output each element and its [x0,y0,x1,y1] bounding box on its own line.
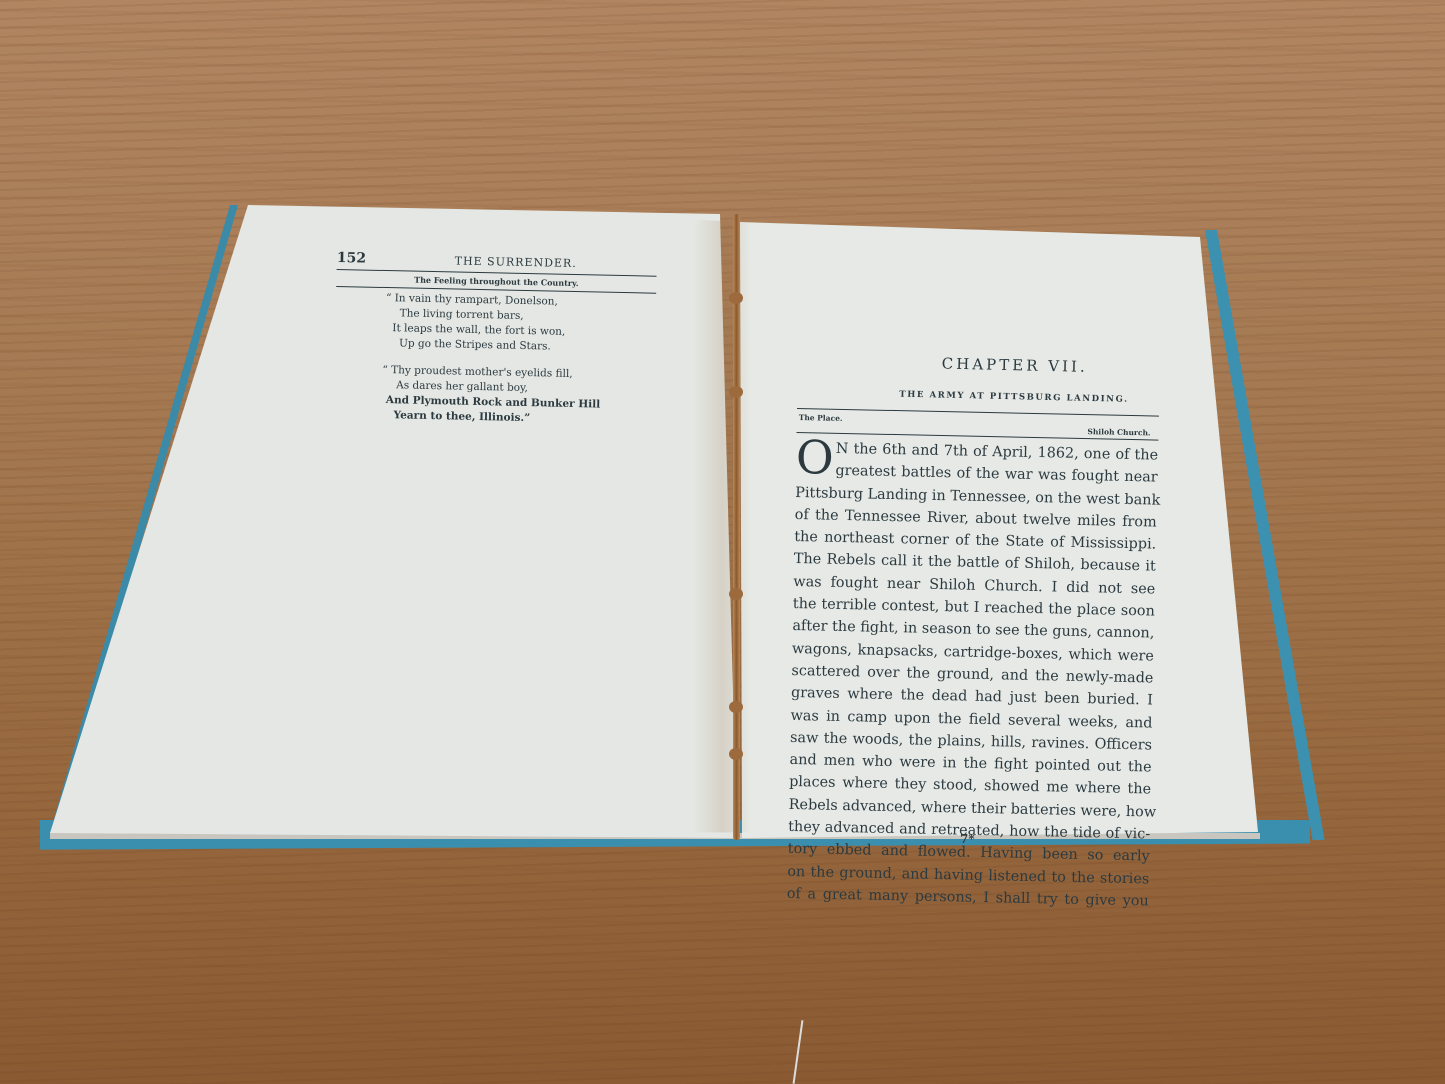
sidenote-right: Shiloh Church. [1087,427,1150,437]
signature-mark: 7* [960,832,975,846]
running-head-title: THE SURRENDER. [455,254,577,270]
chapter-heading-block: CHAPTER VII. THE ARMY AT PITTSBURG LANDI… [829,352,1160,405]
binding-knot [729,701,743,713]
binding-knot [729,292,743,304]
loose-thread [793,1020,804,1084]
page-number: 152 [337,250,367,267]
photo-scene: 152 THE SURRENDER. The Feeling throughou… [0,0,1445,1084]
book-gutter-binding [733,214,740,840]
binding-knot [729,588,743,600]
drop-cap: O [796,437,835,478]
sidenote-left: The Place. [799,413,843,431]
binding-knot [729,748,743,760]
gutter-shadow [0,0,1445,1084]
left-page-text: 152 THE SURRENDER. The Feeling throughou… [333,250,657,429]
binding-knot [729,386,743,398]
poem: “ In vain thy rampart, Donelson, The liv… [333,290,656,429]
